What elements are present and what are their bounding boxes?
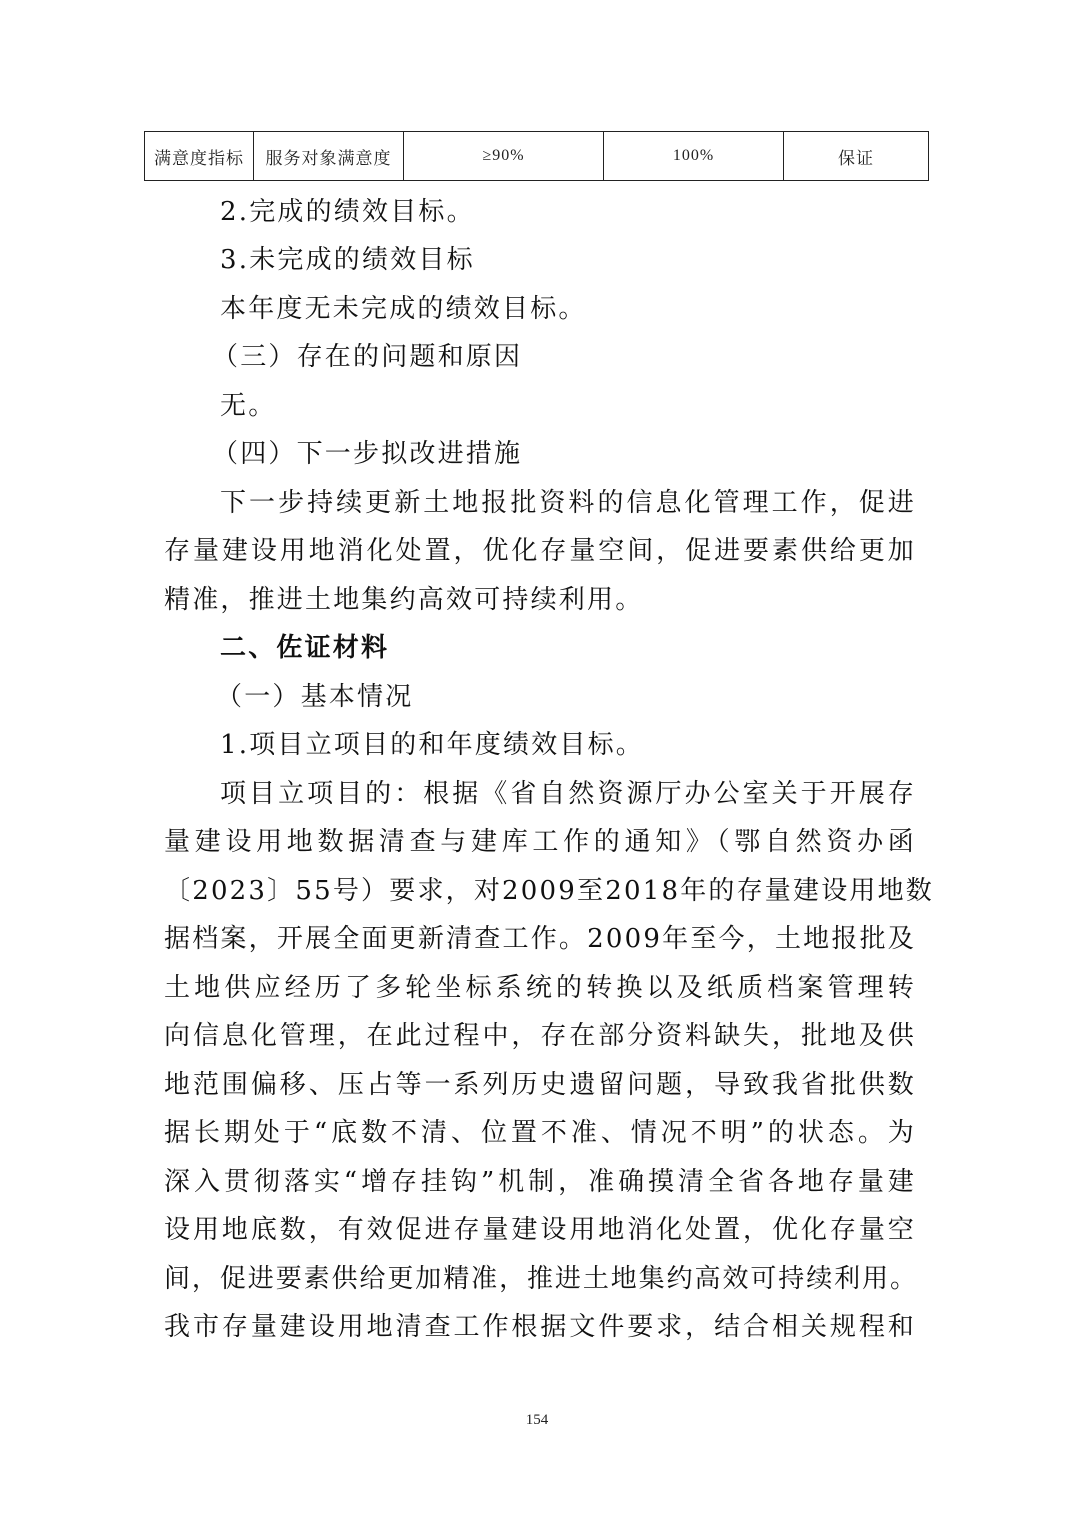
performance-table: 满意度指标 服务对象满意度 ≥90% 100% 保证	[144, 131, 929, 181]
target-value-cell: ≥90%	[404, 132, 604, 181]
paragraph-line: 项目立项目的：根据《省自然资源厅办公室关于开展存	[220, 779, 916, 809]
subheading-uncompleted-goals: 3.未完成的绩效目标	[220, 245, 972, 275]
paragraph-line: 向信息化管理，在此过程中，存在部分资料缺失，批地及供	[164, 1021, 916, 1051]
paragraph-line: 间，促进要素供给更加精准，推进土地集约高效可持续利用。	[164, 1264, 916, 1294]
paragraph-line: 存量建设用地消化处置，优化存量空间，促进要素供给更加	[164, 536, 916, 566]
actual-value-cell: 100%	[604, 132, 784, 181]
paragraph-none: 无。	[220, 391, 972, 421]
paragraph-line: 我市存量建设用地清查工作根据文件要求，结合相关规程和	[164, 1312, 916, 1342]
status-cell: 保证	[784, 132, 929, 181]
paragraph-line: 量建设用地数据清查与建库工作的通知》（鄂自然资办函	[164, 827, 916, 857]
paragraph-no-uncompleted: 本年度无未完成的绩效目标。	[220, 294, 972, 324]
table-row: 满意度指标 服务对象满意度 ≥90% 100% 保证	[145, 132, 929, 181]
paragraph-line: 地范围偏移、压占等一系列历史遗留问题，导致我省批供数	[164, 1070, 916, 1100]
paragraph-line: 据长期处于“底数不清、位置不准、情况不明”的状态。为	[164, 1118, 916, 1148]
paragraph-line: 下一步持续更新土地报批资料的信息化管理工作，促进	[220, 488, 916, 518]
paragraph-line: 设用地底数，有效促进存量建设用地消化处置，优化存量空	[164, 1215, 916, 1245]
section-heading-improvements: （四）下一步拟改进措施	[212, 439, 964, 469]
subheading-completed-goals: 2.完成的绩效目标。	[220, 197, 972, 227]
paragraph-line: 精准，推进土地集约高效可持续利用。	[164, 585, 916, 615]
page-number: 154	[0, 1412, 1074, 1429]
subheading-project-goals: 1.项目立项目的和年度绩效目标。	[220, 730, 972, 760]
section-heading-basic-info: （一）基本情况	[216, 682, 968, 712]
paragraph-line: 深入贯彻落实“增存挂钩”机制，准确摸清全省各地存量建	[164, 1167, 916, 1197]
paragraph-line: 据档案，开展全面更新清查工作。2009年至今，土地报批及	[164, 924, 916, 954]
chapter-heading-evidence: 二、佐证材料	[220, 633, 972, 663]
paragraph-line: 土地供应经历了多轮坐标系统的转换以及纸质档案管理转	[164, 973, 916, 1003]
paragraph-line: 〔2023〕55号）要求，对2009至2018年的存量建设用地数	[164, 876, 916, 906]
indicator-name-cell: 服务对象满意度	[254, 132, 404, 181]
indicator-category-cell: 满意度指标	[145, 132, 254, 181]
section-heading-problems: （三）存在的问题和原因	[212, 342, 964, 372]
